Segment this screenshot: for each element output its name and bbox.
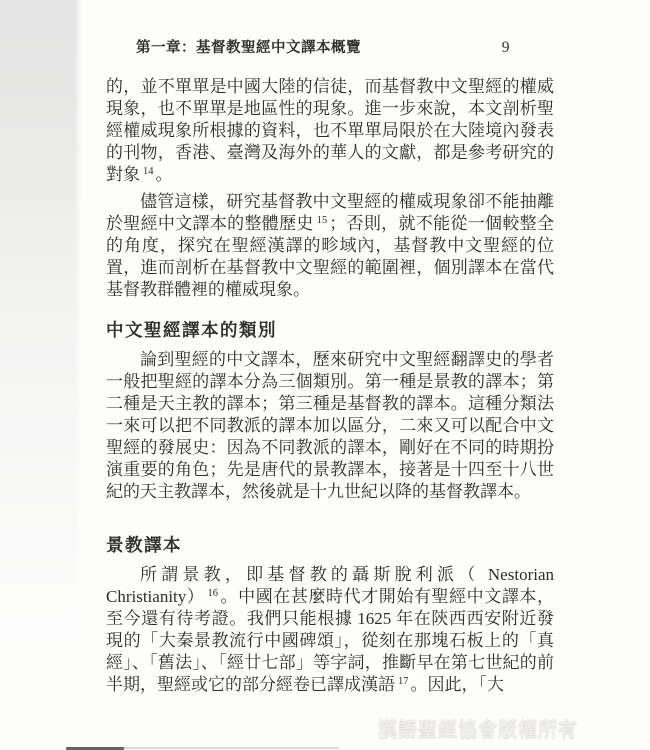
copyright-watermark: 漢語聖經協會版權所有 — [378, 715, 578, 742]
footnote-ref-15: 15 — [317, 215, 328, 226]
page-number: 9 — [502, 39, 554, 57]
running-header: 第一章：基督教聖經中文譯本概覽 9 — [106, 36, 554, 57]
paragraph-nestorian: 所謂景教，即基督教的聶斯脫利派（ Nestorian Christianity）… — [106, 564, 554, 696]
scan-artifact-line — [124, 747, 339, 749]
paragraph-text: 。因此，「大 — [411, 675, 505, 694]
footnote-ref-17: 17 — [398, 676, 409, 687]
paragraph-despite: 儘管這樣，研究基督教中文聖經的權威現象卻不能抽離於聖經中文譯本的整體歷史15；否… — [106, 191, 554, 301]
chapter-title: 第一章：基督教聖經中文譯本概覽 — [106, 36, 361, 57]
scan-edge-shadow — [0, 0, 78, 634]
page-body: 的，並不單單是中國大陸的信徒，而基督教中文聖經的權威現象，也不單單是地區性的現象… — [106, 76, 554, 696]
section-heading-categories: 中文聖經譯本的類別 — [106, 318, 554, 342]
paragraph-text: 。 — [156, 165, 173, 184]
paragraph-text: 論到聖經的中文譯本，歷來研究中文聖經翻譯史的學者一般把聖經的譯本分為三個類別。第… — [106, 350, 554, 501]
section-heading-nestorian: 景教譯本 — [106, 533, 554, 557]
scanned-book-page: 第一章：基督教聖經中文譯本概覽 9 的，並不單單是中國大陸的信徒，而基督教中文聖… — [0, 0, 650, 750]
footnote-ref-14: 14 — [143, 166, 154, 177]
paragraph-text: 的，並不單單是中國大陸的信徒，而基督教中文聖經的權威現象，也不單單是地區性的現象… — [106, 77, 554, 184]
footnote-ref-16: 16 — [207, 588, 218, 599]
paragraph-continuation: 的，並不單單是中國大陸的信徒，而基督教中文聖經的權威現象，也不單單是地區性的現象… — [106, 76, 554, 186]
paragraph-categories: 論到聖經的中文譯本，歷來研究中文聖經翻譯史的學者一般把聖經的譯本分為三個類別。第… — [106, 349, 554, 503]
